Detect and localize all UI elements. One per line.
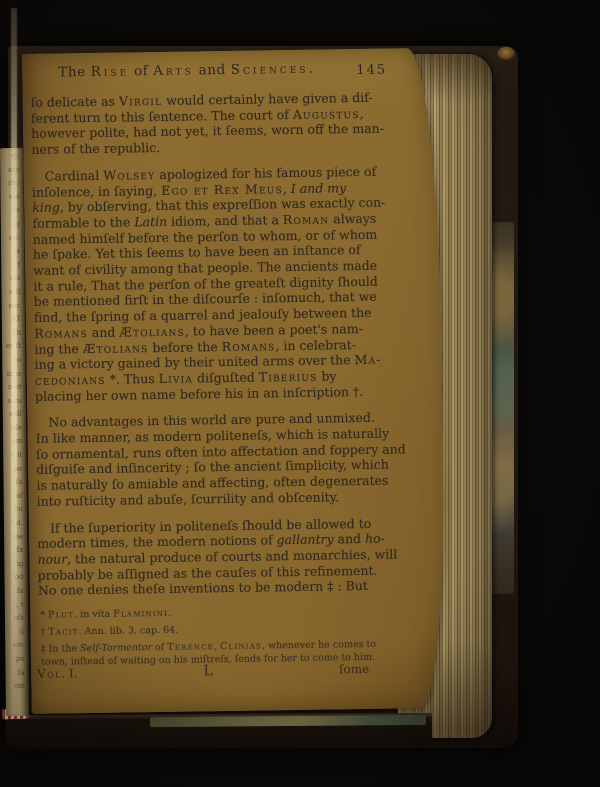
- text-segment: ,: [360, 106, 364, 121]
- edge-text-fragment: wic: [2, 299, 21, 313]
- paragraph: No advantages in this world are pure and…: [35, 410, 388, 509]
- edge-text-fragment: wic: [5, 639, 24, 653]
- edge-text-fragment: cu: [4, 503, 23, 517]
- edge-text-fragment: er ſt: [2, 340, 21, 354]
- text-segment: by: [317, 368, 336, 383]
- cover-corner-wear: [497, 47, 515, 60]
- text-segment: idiom, and that a: [167, 212, 283, 229]
- text-segment: ing the: [34, 341, 83, 357]
- text-segment: cedonians: [35, 372, 106, 388]
- edge-text-fragment: Th: [2, 327, 21, 341]
- text-segment: Latin: [134, 214, 167, 229]
- edge-text-fragment: po: [3, 463, 22, 477]
- edge-text-fragment: ig: [1, 218, 20, 232]
- text-segment: . in vita: [74, 609, 113, 621]
- book-page: The Rise of Arts and Sciences. 145 ſo de…: [22, 48, 447, 714]
- edge-text-fragment: po: [5, 653, 24, 667]
- text-segment: †: [40, 627, 48, 638]
- text-segment: . Ann. lib. 3. cap. 64.: [78, 625, 178, 637]
- paragraph: ſo delicate as Virgil would certainly ha…: [31, 90, 384, 158]
- text-segment: ,: [283, 181, 291, 196]
- text-segment: diſguſted: [193, 369, 259, 385]
- edge-text-fragment: n of: [2, 381, 21, 395]
- text-segment: Sciences: [231, 61, 309, 78]
- text-segment: Roman: [283, 211, 330, 227]
- text-segment: gallantry: [276, 532, 333, 548]
- edge-text-fragment: co: [2, 354, 21, 368]
- edge-text-fragment: oſs: [5, 612, 24, 626]
- text-segment: Ego et Rex Meus: [161, 181, 283, 198]
- text-segment: always: [329, 211, 376, 227]
- text-segment: Tacit: [48, 626, 78, 637]
- text-segment: Self-Tormentor: [80, 642, 152, 654]
- text-segment: and: [333, 531, 365, 546]
- page-number: 145: [356, 63, 387, 78]
- text-segment: of: [129, 63, 153, 79]
- text-segment: Arts: [153, 62, 194, 79]
- edge-text-fragment: il: [5, 626, 24, 640]
- text-segment: Clinias: [220, 641, 262, 653]
- text-segment: .: [308, 61, 313, 77]
- text-segment: ners of the republic.: [31, 140, 160, 157]
- edge-text-fragment: vie: [4, 531, 23, 545]
- text-segment: Flaminini: [113, 608, 168, 620]
- text-segment: of: [152, 642, 167, 653]
- text-segment: before the: [148, 339, 222, 355]
- text-segment: The: [58, 64, 91, 80]
- edge-text-fragment: bſe: [3, 422, 22, 436]
- edge-text-fragment: em: [6, 680, 25, 694]
- edge-text-fragment: od: [4, 571, 23, 585]
- edge-text-fragment: de:: [0, 177, 19, 191]
- text-segment: and: [194, 62, 231, 79]
- text-segment: .: [168, 608, 171, 619]
- text-segment: Romans: [222, 338, 276, 354]
- text-segment: and: [88, 324, 120, 339]
- text-segment: , to have been a poet's nam-: [185, 321, 363, 339]
- page-header-title: The Rise of Arts and Sciences.: [58, 61, 313, 81]
- edge-text-fragment: ate: [0, 164, 19, 178]
- text-segment: inſolence, in ſaying,: [32, 182, 161, 199]
- text-segment: *: [40, 610, 48, 621]
- edge-text-fragment: ſa: [1, 204, 20, 218]
- text-segment: Livia: [159, 370, 194, 386]
- text-segment: . I.: [61, 666, 77, 680]
- volume-label: Vol. I.: [37, 666, 78, 681]
- signature-mark: L: [203, 663, 213, 679]
- text-block: ſo delicate as Virgil would certainly ha…: [31, 90, 391, 610]
- edge-text-fragment: , t: [5, 599, 24, 613]
- text-segment: Augustus: [293, 106, 360, 122]
- edge-text-fragment: ry,: [0, 150, 19, 164]
- edge-text-fragment: ſa: [1, 245, 20, 259]
- edge-text-fragment: fa: [4, 544, 23, 558]
- text-segment: Plut: [48, 609, 74, 620]
- book-photograph: The Rise of Arts and Sciences. 145 ſo de…: [0, 0, 600, 787]
- text-segment: ‡ In the: [41, 643, 80, 655]
- text-segment: nour: [37, 551, 67, 566]
- edge-text-fragment: oſs: [1, 272, 20, 286]
- text-segment: *. Thus: [106, 371, 159, 387]
- text-segment: formable to the: [32, 214, 134, 231]
- text-segment: Vol: [37, 666, 61, 680]
- edge-text-fragment: will: [3, 408, 22, 422]
- text-segment: , whenever he comes to: [262, 639, 376, 652]
- text-segment: Tiberius: [259, 369, 318, 385]
- edge-text-fragment: t d.: [4, 517, 23, 531]
- edge-text-fragment: AT: [2, 313, 21, 327]
- edge-text-fragment: , t: [1, 259, 20, 273]
- edge-text-fragment: a tl: [1, 286, 20, 300]
- paragraph: If the ſuperiority in politeneſs ſhould …: [37, 515, 390, 599]
- edge-text-fragment: em: [3, 435, 22, 449]
- text-segment: ho-: [365, 531, 385, 546]
- edge-text-fragment: od:: [1, 231, 20, 245]
- edge-text-fragment: ig: [4, 558, 23, 572]
- text-segment: king: [32, 200, 60, 215]
- text-segment: , in celebrat-: [275, 337, 356, 353]
- footnote: † Tacit. Ann. lib. 3. cap. 64.: [40, 622, 390, 640]
- text-segment: Romans: [34, 325, 88, 341]
- text-segment: Rise: [91, 63, 130, 80]
- catchword: ſome: [339, 662, 369, 676]
- page-header: The Rise of Arts and Sciences. 145: [58, 60, 388, 81]
- edge-text-fragment: fa: [5, 585, 24, 599]
- paragraph: Cardinal Wolsey apologized for his famou…: [32, 163, 387, 404]
- footnote-line: † Tacit. Ann. lib. 3. cap. 64.: [40, 622, 390, 640]
- edge-text-fragment: of: [4, 490, 23, 504]
- text-segment: Ætolians: [119, 323, 185, 339]
- text-segment: Virgil: [119, 93, 162, 109]
- edge-text-fragment: ſa: [5, 666, 24, 680]
- edge-text-fragment: vie: [0, 191, 19, 205]
- text-segment: into ruſticity and abuſe, ſcurrility and…: [37, 489, 340, 508]
- edge-text-fragment: in is: [2, 367, 21, 381]
- text-segment: Ma-: [354, 352, 381, 367]
- text-segment: Terence: [167, 641, 214, 653]
- edge-text-fragment: ſa: [3, 476, 22, 490]
- text-segment: ſo delicate as: [31, 94, 119, 110]
- text-segment: Cardinal: [45, 168, 104, 184]
- text-segment: Wolsey: [103, 167, 155, 183]
- text-segment: Ætolians: [83, 340, 149, 356]
- edge-text-fragment: s cu: [3, 395, 22, 409]
- edge-text-fragment: e it: [3, 449, 22, 463]
- text-segment: I and my: [291, 180, 347, 196]
